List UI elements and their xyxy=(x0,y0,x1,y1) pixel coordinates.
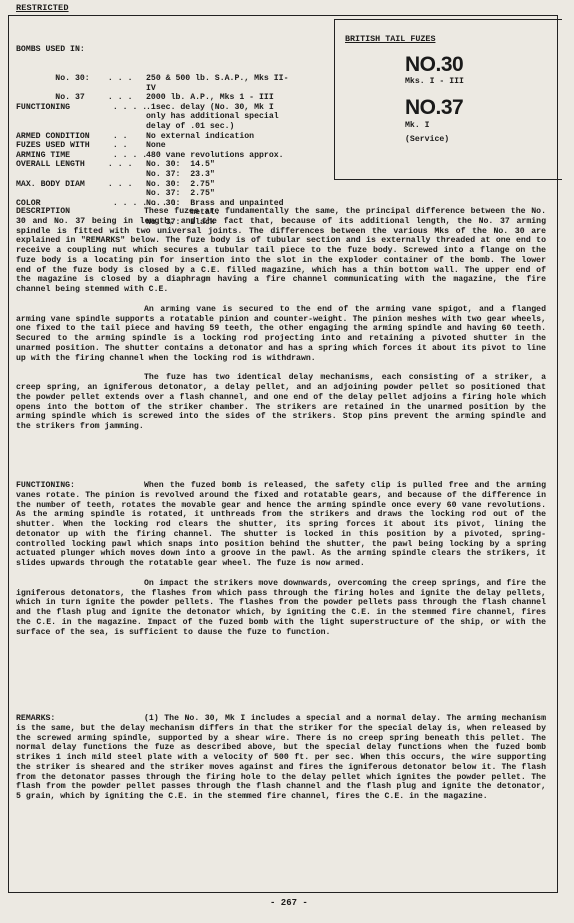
page-number: - 267 - xyxy=(270,898,308,908)
remarks-label: REMARKS: xyxy=(16,714,55,724)
spec-value: None xyxy=(146,141,336,151)
fuze-37-marks: Mk. I xyxy=(405,121,430,130)
functioning-label: FUNCTIONING: xyxy=(16,481,75,491)
fuze-number-30: NO.30 xyxy=(405,53,463,77)
spec-dots: . . . xyxy=(103,74,146,93)
functioning-section: FUNCTIONING: When the fuzed bomb is rele… xyxy=(16,481,546,647)
spec-label: OVERALL LENGTH xyxy=(16,160,103,179)
spec-dots: . . xyxy=(103,141,146,151)
spec-row: ARMING TIME . . . .480 vane revolutions … xyxy=(16,151,336,161)
spec-label: FUNCTIONING xyxy=(16,103,103,132)
description-paragraph: An arming vane is secured to the end of … xyxy=(16,305,546,364)
spec-value: 480 vane revolutions approx. xyxy=(146,151,336,161)
functioning-paragraph: On impact the strikers move downwards, o… xyxy=(16,579,546,638)
spec-value: 250 & 500 lb. S.A.P., Mks II- IV xyxy=(146,74,336,93)
spec-dots: . . . . xyxy=(103,103,146,132)
spec-row: No. 30: . . .250 & 500 lb. S.A.P., Mks I… xyxy=(16,74,336,93)
spec-row: No. 37 . . .2000 lb. A.P., Mks 1 - III xyxy=(16,93,336,103)
spec-row: ARMED CONDITION . .No external indicatio… xyxy=(16,132,336,142)
remarks-section: REMARKS: (1) The No. 30, Mk I includes a… xyxy=(16,714,546,812)
description-paragraph: The fuze has two identical delay mechani… xyxy=(16,373,546,432)
fuze-number-37: NO.37 xyxy=(405,96,463,120)
spec-label: ARMING TIME xyxy=(16,151,103,161)
classification-marking: RESTRICTED xyxy=(16,3,69,13)
description-paragraph: These fuzes are fundamentally the same, … xyxy=(16,207,546,295)
spec-dots: . . . xyxy=(103,160,146,179)
spec-label: MAX. BODY DIAM xyxy=(16,180,103,199)
spec-dots: . . . xyxy=(103,180,146,199)
description-label: DESCRIPTION xyxy=(16,207,70,217)
spec-row: OVERALL LENGTH . . .No. 30: 14.5" No. 37… xyxy=(16,160,336,179)
spec-row: MAX. BODY DIAM . . .No. 30: 2.75" No. 37… xyxy=(16,180,336,199)
title-box: BRITISH TAIL FUZES NO.30 Mks. I - III NO… xyxy=(334,19,562,180)
spec-value: No external indication xyxy=(146,132,336,142)
spec-table: BOMBS USED IN: No. 30: . . .250 & 500 lb… xyxy=(16,26,336,237)
title-box-heading: BRITISH TAIL FUZES xyxy=(345,34,435,44)
spec-dots: . . . . xyxy=(103,151,146,161)
spec-value: .1sec. delay (No. 30, Mk I only has addi… xyxy=(146,103,336,132)
spec-value: No. 30: 14.5" No. 37: 23.3" xyxy=(146,160,336,179)
bombs-used-in-label: BOMBS USED IN: xyxy=(16,45,336,55)
spec-row: FUZES USED WITH . .None xyxy=(16,141,336,151)
spec-dots: . . . xyxy=(103,93,146,103)
description-section: DESCRIPTION These fuzes are fundamentall… xyxy=(16,207,546,442)
spec-value: No. 30: 2.75" No. 37: 2.75" xyxy=(146,180,336,199)
fuze-30-marks: Mks. I - III xyxy=(405,77,464,86)
spec-label: No. 37 xyxy=(16,93,103,103)
spec-label: FUZES USED WITH xyxy=(16,141,103,151)
spec-label: ARMED CONDITION xyxy=(16,132,103,142)
spec-dots: . . xyxy=(103,132,146,142)
fuze-37-status: (Service) xyxy=(405,135,449,144)
spec-label: No. 30: xyxy=(16,74,103,93)
spec-row: FUNCTIONING . . . ..1sec. delay (No. 30,… xyxy=(16,103,336,132)
functioning-paragraph: When the fuzed bomb is released, the saf… xyxy=(16,481,546,569)
remarks-paragraph: (1) The No. 30, Mk I includes a special … xyxy=(16,714,546,802)
spec-value: 2000 lb. A.P., Mks 1 - III xyxy=(146,93,336,103)
